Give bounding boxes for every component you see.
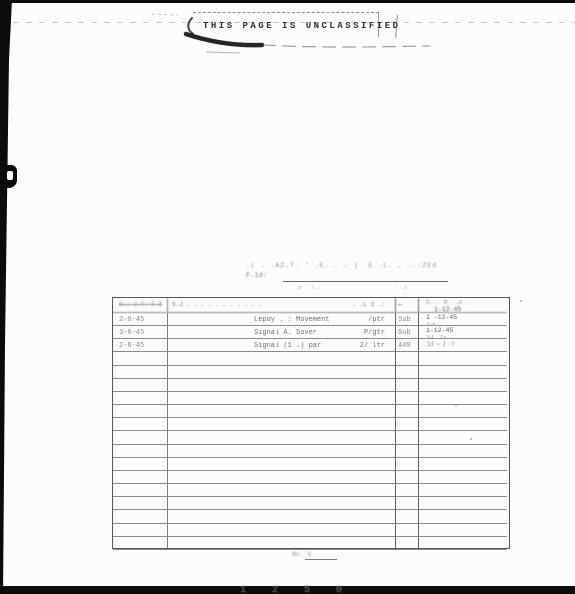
cell-subject xyxy=(168,418,396,431)
cell-handwritten-note xyxy=(426,418,507,420)
header-subject-right: . .L 1 .: xyxy=(353,301,385,308)
document-heading: .( . .AZ.T. ' .E. . : } .E .L. , ..:ZEd … xyxy=(246,262,456,284)
cell-subject xyxy=(168,537,396,550)
cell-abbrev xyxy=(396,458,419,471)
cell-subject xyxy=(168,458,396,471)
cell-date xyxy=(113,497,168,510)
cell-subject xyxy=(168,497,396,510)
cell-subject xyxy=(168,445,396,458)
table-row xyxy=(113,524,509,537)
table-row xyxy=(113,366,509,379)
cell-date-received xyxy=(419,537,507,550)
cell-abbrev xyxy=(396,366,419,379)
table-row xyxy=(113,379,509,392)
table-row xyxy=(113,497,509,510)
cell-handwritten-note xyxy=(426,471,507,473)
heading-underline xyxy=(283,281,448,282)
header-date-of-letter: D.. J.T. F-Z xyxy=(113,298,168,313)
cell-date-received xyxy=(419,510,507,523)
cell-abbrev xyxy=(396,537,419,550)
cell-subject xyxy=(168,484,396,497)
cell-date-received: 3d ~ 1 : t xyxy=(419,339,507,352)
header-abbrev: . xyxy=(396,298,419,313)
cell-date xyxy=(113,405,168,418)
cell-subject-type: P/gtr xyxy=(364,329,385,337)
cell-subject xyxy=(168,366,396,379)
cell-abbrev xyxy=(396,418,419,431)
table-row xyxy=(113,537,509,550)
cell-handwritten-note xyxy=(426,392,507,394)
cell-handwritten-note xyxy=(426,537,507,539)
cell-handwritten-note xyxy=(426,366,507,368)
cell-date-received xyxy=(419,366,507,379)
cell-handwritten-note xyxy=(426,458,507,460)
cell-abbrev xyxy=(396,497,419,510)
cell-date xyxy=(113,431,168,444)
cell-date xyxy=(113,352,168,365)
cell-date xyxy=(113,366,168,379)
cell-abbrev xyxy=(396,405,419,418)
footer-digits: 1 2 5 0 xyxy=(240,585,352,594)
cell-abbrev xyxy=(396,445,419,458)
heading-from-label: F.1d: xyxy=(246,272,267,280)
header-subject-label: S.J . . . . . . . . . . . xyxy=(168,301,262,308)
heading-subnote-left: p '.t.. xyxy=(298,284,321,291)
cell-date xyxy=(113,510,168,523)
table-row xyxy=(113,431,509,444)
cell-date-received xyxy=(419,405,507,418)
scanner-left-edge xyxy=(0,0,14,594)
cell-abbrev: 449 xyxy=(396,339,419,352)
table-row xyxy=(113,392,509,405)
scanned-document-page: THIS PAGE IS UNCLASSIFIED .( . .AZ.T. ' … xyxy=(0,0,575,594)
table-row: 2-6-45Signal (1 .) par2/ ltr4493d ~ 1 : … xyxy=(113,339,509,352)
cell-date-received xyxy=(419,524,507,537)
speck xyxy=(455,404,457,406)
cell-handwritten-note xyxy=(426,379,507,381)
cell-date-received: 1-12-453d , 1s xyxy=(419,326,507,339)
cell-handwritten-note xyxy=(426,510,507,512)
cell-subject xyxy=(168,352,396,365)
cell-subject xyxy=(168,471,396,484)
cell-date-received xyxy=(419,418,507,431)
table-row xyxy=(113,418,509,431)
cell-date-received xyxy=(419,392,507,405)
speck xyxy=(470,438,472,440)
cell-date-received xyxy=(419,484,507,497)
cell-handwritten-note xyxy=(426,431,507,433)
table-row xyxy=(113,510,509,523)
ledger-table: D.. J.T. F-Z S.J . . . . . . . . . . . .… xyxy=(112,297,510,549)
scanner-top-edge xyxy=(0,0,575,3)
cell-date-received xyxy=(419,445,507,458)
cell-abbrev: Sub xyxy=(396,313,419,326)
cell-handwritten-note xyxy=(426,524,507,526)
cell-handwritten-note: 3d ~ 1 : t xyxy=(426,339,507,348)
cell-date-received xyxy=(419,431,507,444)
cell-subject xyxy=(168,524,396,537)
cell-date xyxy=(113,458,168,471)
heading-line-illegible: .( . .AZ.T. ' .E. . : } .E .L. , ..:ZEd xyxy=(246,262,456,269)
table-row xyxy=(113,445,509,458)
scanner-left-edge-notch xyxy=(7,171,13,180)
cell-abbrev xyxy=(396,392,419,405)
cell-date xyxy=(113,471,168,484)
cell-date: 2-6-45 xyxy=(113,339,168,352)
cell-subject-type: /ptr xyxy=(368,316,385,324)
cell-subject-text: Lepoy . : Movement xyxy=(168,316,330,324)
cell-subject xyxy=(168,431,396,444)
table-header-row: D.. J.T. F-Z S.J . . . . . . . . . . . .… xyxy=(113,298,509,313)
cell-date xyxy=(113,524,168,537)
below-table-note-underline xyxy=(305,559,337,560)
cell-subject: Signal A. SoverP/gtr xyxy=(168,326,396,339)
cell-subject xyxy=(168,510,396,523)
cell-date xyxy=(113,445,168,458)
cell-date xyxy=(113,418,168,431)
cell-date xyxy=(113,392,168,405)
cell-abbrev xyxy=(396,431,419,444)
cell-subject-text: Signal A. Sover xyxy=(168,329,317,337)
header-date-received-label: D... R...d .. xyxy=(426,299,473,306)
heading-from-line: F.1d: p '.t.. : .1 xyxy=(246,272,456,284)
cell-handwritten-note xyxy=(426,484,507,486)
cell-handwritten-note xyxy=(426,405,507,407)
cell-abbrev xyxy=(396,510,419,523)
cell-subject xyxy=(168,392,396,405)
table-row xyxy=(113,484,509,497)
cell-handwritten-note xyxy=(426,497,507,499)
cell-abbrev: Sub xyxy=(396,326,419,339)
cell-subject xyxy=(168,379,396,392)
cell-abbrev xyxy=(396,379,419,392)
table-row xyxy=(113,471,509,484)
cell-date xyxy=(113,379,168,392)
cell-handwritten-note xyxy=(426,445,507,447)
cell-date xyxy=(113,537,168,550)
speck xyxy=(520,300,522,302)
cell-date-received xyxy=(419,471,507,484)
table-row xyxy=(113,352,509,365)
cell-subject xyxy=(168,405,396,418)
below-table-note: No. 6 xyxy=(292,551,312,558)
cell-abbrev xyxy=(396,524,419,537)
heading-subnote-right: : .1 xyxy=(394,284,407,291)
header-date-received-entry: 1-12-45 xyxy=(426,306,507,313)
cell-date-received xyxy=(419,497,507,510)
cell-subject: Lepoy . : Movement/ptr xyxy=(168,313,396,326)
table-row xyxy=(113,458,509,471)
pen-swoosh-mark xyxy=(140,8,460,60)
cell-subject-type: 2/ ltr xyxy=(360,342,385,350)
table-row: 2-6-45Lepoy . : Movement/ptrSub1 -12-451… xyxy=(113,313,509,326)
cell-date: 2-6-45 xyxy=(113,313,168,326)
cell-abbrev xyxy=(396,484,419,497)
cell-handwritten-note xyxy=(426,352,507,354)
table-row: 3-6-45Signal A. SoverP/gtrSub1-12-453d ,… xyxy=(113,326,509,339)
table-row xyxy=(113,405,509,418)
cell-subject: Signal (1 .) par2/ ltr xyxy=(168,339,396,352)
cell-abbrev xyxy=(396,471,419,484)
header-date-received: D... R...d .. 1-12-45 xyxy=(419,298,507,313)
cell-date-received xyxy=(419,352,507,365)
cell-abbrev xyxy=(396,352,419,365)
cell-date-received: 1 -12-451st xyxy=(419,313,507,326)
cell-date xyxy=(113,484,168,497)
cell-subject-text: Signal (1 .) par xyxy=(168,342,321,350)
header-subject: S.J . . . . . . . . . . . . .L 1 .: xyxy=(168,298,396,313)
cell-date-received xyxy=(419,379,507,392)
cell-date: 3-6-45 xyxy=(113,326,168,339)
cell-date-received xyxy=(419,458,507,471)
